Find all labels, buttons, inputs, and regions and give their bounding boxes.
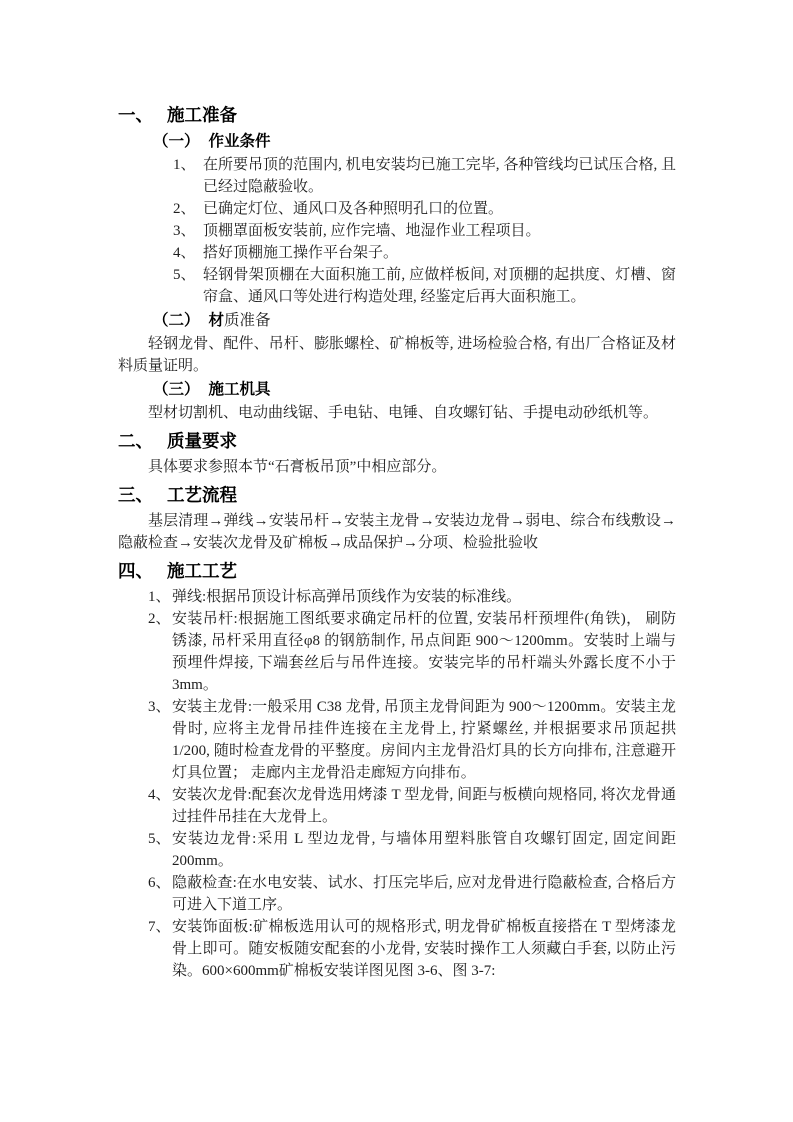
list-item-text: 隐蔽检查:在水电安装、试水、打压完毕后, 应对龙骨进行隐蔽检查, 合格后方可进入… xyxy=(172,875,676,913)
subsection-number: （一） xyxy=(153,133,200,150)
section-title: 施工准备 xyxy=(167,103,237,128)
list-item-number: 1、 xyxy=(148,586,171,608)
list-item-number: 7、 xyxy=(148,916,171,938)
list-item-text: 安装饰面板:矿棉板选用认可的规格形式, 明龙骨矿棉板直接搭在 T 型烤漆龙骨上即… xyxy=(172,919,676,979)
section-heading-technique: 四、 施工工艺 xyxy=(118,559,676,584)
list-item-text: 安装吊杆:根据施工图纸要求确定吊杆的位置, 安装吊杆预埋件(角铁)， 刷防锈漆,… xyxy=(172,611,676,693)
list-item-text: 安装次龙骨:配套次龙骨选用烤漆 T 型龙骨, 间距与板横向规格同, 将次龙骨通过… xyxy=(172,787,676,825)
list-item-number: 4、 xyxy=(173,242,196,264)
subsection-heading-material-prep: （二）材质准备 xyxy=(153,309,676,332)
list-item: 6、 隐蔽检查:在水电安装、试水、打压完毕后, 应对龙骨进行隐蔽检查, 合格后方… xyxy=(118,872,676,916)
paragraph-quality: 具体要求参照本节“石膏板吊顶”中相应部分。 xyxy=(118,456,676,478)
paragraph-process-flow: 基层清理→弹线→安装吊杆→安装主龙骨→安装边龙骨→弱电、综合布线敷设→隐蔽检查→… xyxy=(118,510,676,554)
list-item-number: 5、 xyxy=(173,264,196,286)
section-number: 一、 xyxy=(118,103,167,128)
list-item: 7、 安装饰面板:矿棉板选用认可的规格形式, 明龙骨矿棉板直接搭在 T 型烤漆龙… xyxy=(118,916,676,982)
section-title: 工艺流程 xyxy=(167,483,237,508)
list-item: 4、 安装次龙骨:配套次龙骨选用烤漆 T 型龙骨, 间距与板横向规格同, 将次龙… xyxy=(118,784,676,828)
section-title: 质量要求 xyxy=(167,429,237,454)
list-item-number: 4、 xyxy=(148,784,171,806)
list-item-text: 顶棚罩面板安装前, 应作完墙、地湿作业工程项目。 xyxy=(203,223,541,239)
list-item: 4、 搭好顶棚施工操作平台架子。 xyxy=(118,242,676,264)
list-item-number: 1、 xyxy=(173,154,196,176)
subsection-number: （二） xyxy=(153,312,200,329)
subsection-title-regular-part: 质准备 xyxy=(224,312,271,329)
subsection-heading-work-conditions: （一）作业条件 xyxy=(153,130,676,153)
section-heading-construction-prep: 一、 施工准备 xyxy=(118,103,676,128)
section-number: 三、 xyxy=(118,483,167,508)
list-item-text: 搭好顶棚施工操作平台架子。 xyxy=(203,245,398,261)
subsection-heading-tools: （三）施工机具 xyxy=(153,378,676,401)
section-heading-quality: 二、 质量要求 xyxy=(118,429,676,454)
subsection-title-bold-part: 材 xyxy=(209,312,225,329)
list-item-number: 5、 xyxy=(148,828,171,850)
list-item: 5、 轻钢骨架顶棚在大面积施工前, 应做样板间, 对顶棚的起拱度、灯槽、窗帘盒、… xyxy=(118,264,676,308)
list-item-text: 弹线:根据吊顶设计标高弹吊顶线作为安装的标准线。 xyxy=(172,589,521,605)
paragraph-tools: 型材切割机、电动曲线锯、手电钻、电锤、自攻螺钉钻、手提电动砂纸机等。 xyxy=(118,402,676,424)
section-heading-process-flow: 三、 工艺流程 xyxy=(118,483,676,508)
list-item: 3、 顶棚罩面板安装前, 应作完墙、地湿作业工程项目。 xyxy=(118,220,676,242)
list-item: 2、 安装吊杆:根据施工图纸要求确定吊杆的位置, 安装吊杆预埋件(角铁)， 刷防… xyxy=(118,608,676,696)
subsection-title: 施工机具 xyxy=(209,381,271,398)
list-item-number: 2、 xyxy=(148,608,171,630)
document-page: 一、 施工准备 （一）作业条件 1、 在所要吊顶的范围内, 机电安装均已施工完毕… xyxy=(0,0,793,1122)
list-item: 1、 弹线:根据吊顶设计标高弹吊顶线作为安装的标准线。 xyxy=(118,586,676,608)
list-item-text: 已确定灯位、通风口及各种照明孔口的位置。 xyxy=(203,201,503,217)
subsection-number: （三） xyxy=(153,381,200,398)
list-item-text: 在所要吊顶的范围内, 机电安装均已施工完毕, 各种管线均已试压合格, 且已经过隐… xyxy=(203,157,676,195)
list-item-number: 3、 xyxy=(148,696,171,718)
list-item: 5、 安装边龙骨:采用 L 型边龙骨, 与墙体用塑料胀管自攻螺钉固定, 固定间距… xyxy=(118,828,676,872)
list-item: 2、 已确定灯位、通风口及各种照明孔口的位置。 xyxy=(118,198,676,220)
list-item-number: 6、 xyxy=(148,872,171,894)
list-item-text: 安装边龙骨:采用 L 型边龙骨, 与墙体用塑料胀管自攻螺钉固定, 固定间距 20… xyxy=(172,831,676,869)
section-title: 施工工艺 xyxy=(167,559,237,584)
list-item: 1、 在所要吊顶的范围内, 机电安装均已施工完毕, 各种管线均已试压合格, 且已… xyxy=(118,154,676,198)
list-item-number: 3、 xyxy=(173,220,196,242)
section-number: 四、 xyxy=(118,559,167,584)
list-item-text: 安装主龙骨:一般采用 C38 龙骨, 吊顶主龙骨间距为 900～1200mm。安… xyxy=(172,699,676,781)
list-item-text: 轻钢骨架顶棚在大面积施工前, 应做样板间, 对顶棚的起拱度、灯槽、窗帘盒、通风口… xyxy=(203,267,676,305)
list-item-number: 2、 xyxy=(173,198,196,220)
list-item: 3、 安装主龙骨:一般采用 C38 龙骨, 吊顶主龙骨间距为 900～1200m… xyxy=(118,696,676,784)
paragraph-material-prep: 轻钢龙骨、配件、吊杆、膨胀螺栓、矿棉板等, 进场检验合格, 有出厂合格证及材料质… xyxy=(118,333,676,377)
subsection-title: 作业条件 xyxy=(209,133,271,150)
section-number: 二、 xyxy=(118,429,167,454)
